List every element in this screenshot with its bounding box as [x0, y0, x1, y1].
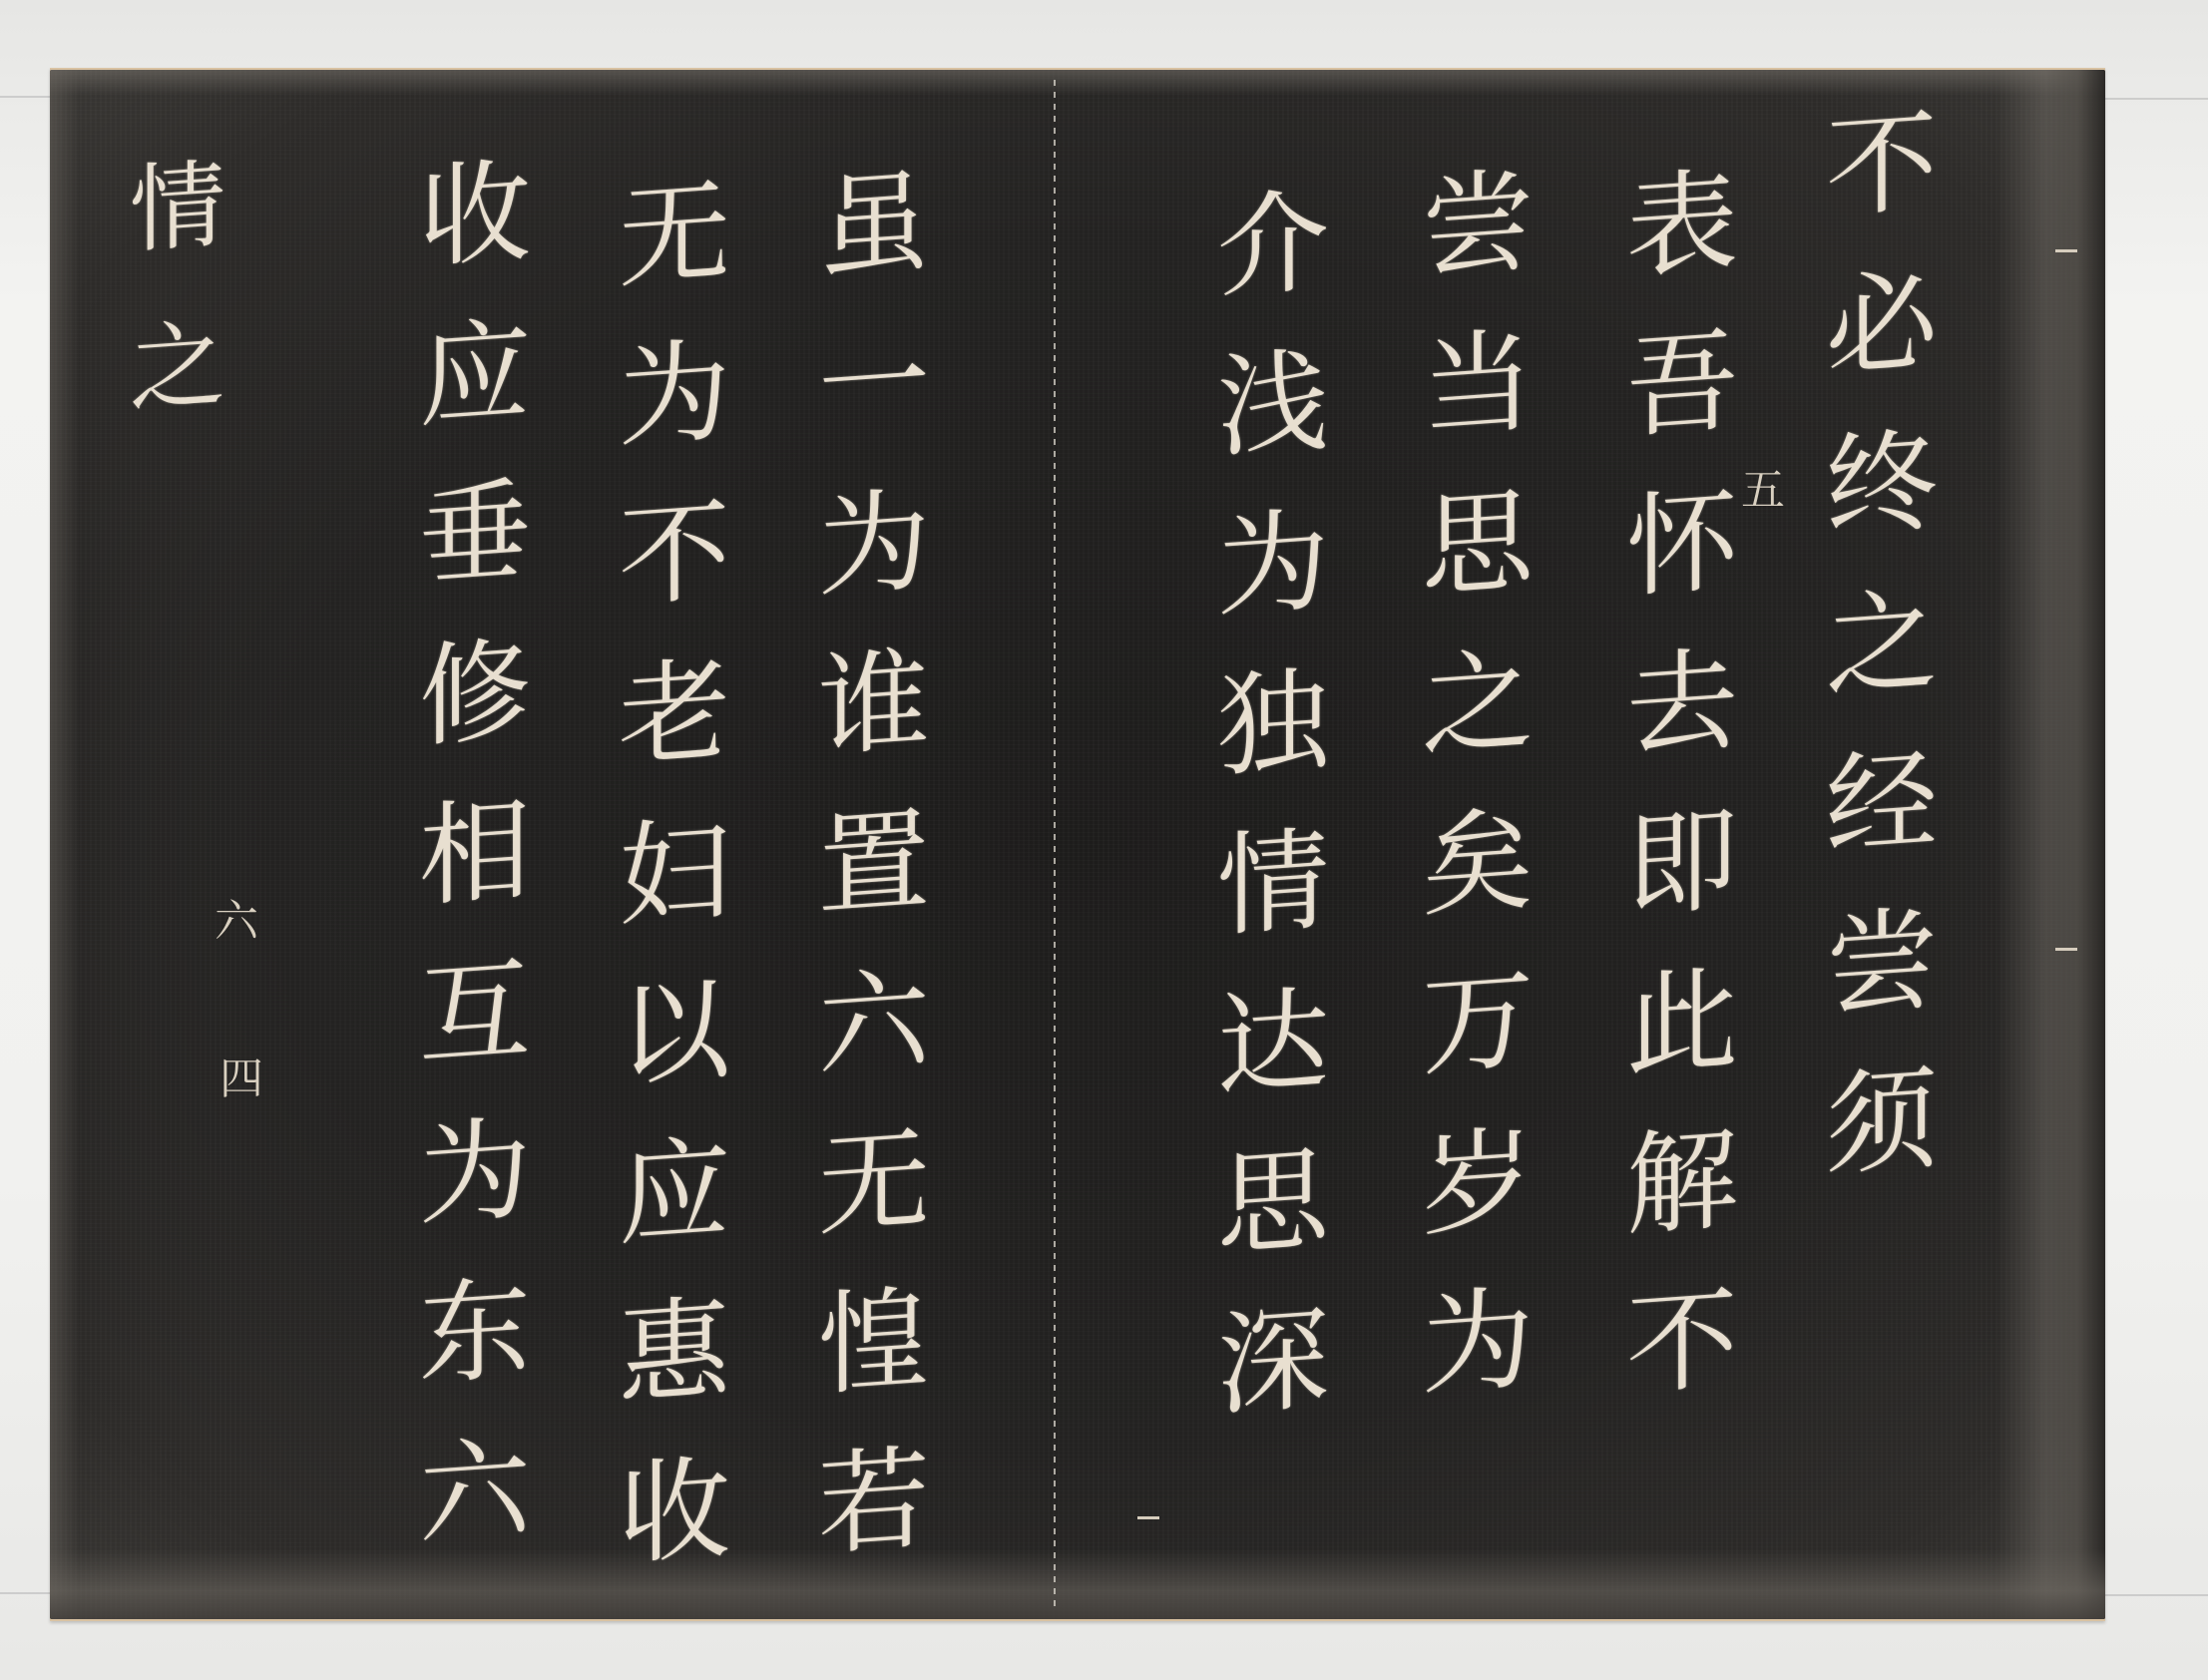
- glyph: 不: [1626, 1283, 1738, 1451]
- glyph: 置: [818, 804, 930, 972]
- mylar-strip-top-right: [2105, 98, 2208, 100]
- glyph: 相: [419, 794, 531, 962]
- glyph: 应: [419, 315, 531, 483]
- glyph: 虽: [818, 166, 930, 333]
- glyph: 妇: [619, 814, 730, 982]
- glyph: 不: [1826, 106, 1938, 273]
- glyph: 深: [1217, 1303, 1329, 1470]
- weathered-right-edge: [1995, 70, 2105, 1619]
- glyph: 收: [619, 1453, 730, 1619]
- glyph: 介: [1217, 186, 1329, 353]
- glyph: 垂: [419, 475, 531, 642]
- glyph: 尝: [1422, 166, 1534, 333]
- glyph: 一: [818, 325, 930, 493]
- calligraphy-column-2: 表 吾 怀 去 即 此 解 不: [1626, 170, 1738, 1447]
- glyph: 之: [1826, 585, 1938, 752]
- glyph: 独: [1217, 664, 1329, 832]
- calligraphy-column-7: 收 应 垂 修 相 互 为 东 六: [419, 160, 531, 1596]
- glyph: 浅: [1217, 345, 1329, 513]
- glyph: 互: [419, 954, 531, 1121]
- glyph: 修: [419, 634, 531, 802]
- page-number-five: 五: [1741, 469, 1785, 513]
- glyph: 东: [419, 1273, 531, 1441]
- mylar-strip-bottom-right: [2105, 1594, 2208, 1596]
- calligraphy-column-6: 无 为 不 老 妇 以 应 惠 收: [619, 180, 730, 1616]
- center-fold-line: [1054, 80, 1056, 1606]
- glyph: 尝: [1826, 904, 1938, 1071]
- margin-tick: [1137, 1516, 1159, 1519]
- glyph: 之: [1422, 644, 1534, 812]
- glyph: 收: [419, 156, 531, 323]
- glyph: 经: [1826, 744, 1938, 912]
- glyph: 以: [619, 974, 730, 1141]
- glyph: 老: [619, 654, 730, 822]
- glyph: 怀: [1626, 485, 1738, 652]
- glyph: 思: [1422, 485, 1534, 652]
- glyph: 表: [1626, 166, 1738, 333]
- glyph: 无: [818, 1123, 930, 1291]
- weathered-left-edge: [50, 70, 80, 1619]
- glyph: 情: [1217, 824, 1329, 992]
- glyph: 岁: [1422, 1123, 1534, 1291]
- glyph: 终: [1826, 425, 1938, 593]
- calligraphy-column-4: 介 浅 为 独 情 达 思 深: [1217, 190, 1329, 1467]
- glyph: 此: [1626, 964, 1738, 1131]
- glyph: 惠: [619, 1293, 730, 1461]
- glyph: 无: [619, 176, 730, 343]
- glyph: 解: [1626, 1123, 1738, 1291]
- glyph: 矣: [1422, 804, 1534, 972]
- calligraphy-column-3: 尝 当 思 之 矣 万 岁 为: [1422, 170, 1534, 1447]
- glyph: 若: [818, 1443, 930, 1610]
- page-number-four: 四: [220, 1057, 263, 1101]
- glyph: 须: [1826, 1063, 1938, 1231]
- glyph: 即: [1626, 804, 1738, 972]
- glyph: 情: [130, 157, 225, 323]
- glyph: 为: [419, 1113, 531, 1281]
- glyph: 思: [1217, 1143, 1329, 1311]
- weathered-bottom-edge: [50, 1549, 2105, 1619]
- glyph: 为: [818, 485, 930, 652]
- ink-rubbing: 不 必 终 之 经 尝 须 表 吾 怀 去 即 此 解 不 尝 当 思 之 矣 …: [50, 70, 2105, 1619]
- weathered-top-edge: [50, 70, 2105, 96]
- glyph: 谁: [818, 644, 930, 812]
- glyph: 为: [1217, 505, 1329, 672]
- calligraphy-column-1: 不 必 终 之 经 尝 须: [1826, 110, 1938, 1227]
- glyph: 万: [1422, 964, 1534, 1131]
- glyph: 应: [619, 1133, 730, 1301]
- glyph: 不: [619, 495, 730, 662]
- glyph: 六: [818, 964, 930, 1131]
- calligraphy-column-8: 情 之: [130, 160, 225, 479]
- glyph: 六: [419, 1433, 531, 1600]
- glyph: 去: [1626, 644, 1738, 812]
- glyph: 惶: [818, 1283, 930, 1451]
- calligraphy-column-5: 虽 一 为 谁 置 六 无 惶 若: [818, 170, 930, 1606]
- page-number-six: 六: [215, 900, 258, 944]
- glyph: 当: [1422, 325, 1534, 493]
- glyph: 为: [619, 335, 730, 503]
- glyph: 达: [1217, 984, 1329, 1151]
- margin-tick: [2055, 249, 2077, 252]
- margin-tick: [2055, 948, 2077, 951]
- glyph: 为: [1422, 1283, 1534, 1451]
- glyph: 吾: [1626, 325, 1738, 493]
- glyph: 必: [1826, 265, 1938, 433]
- glyph: 之: [130, 316, 225, 483]
